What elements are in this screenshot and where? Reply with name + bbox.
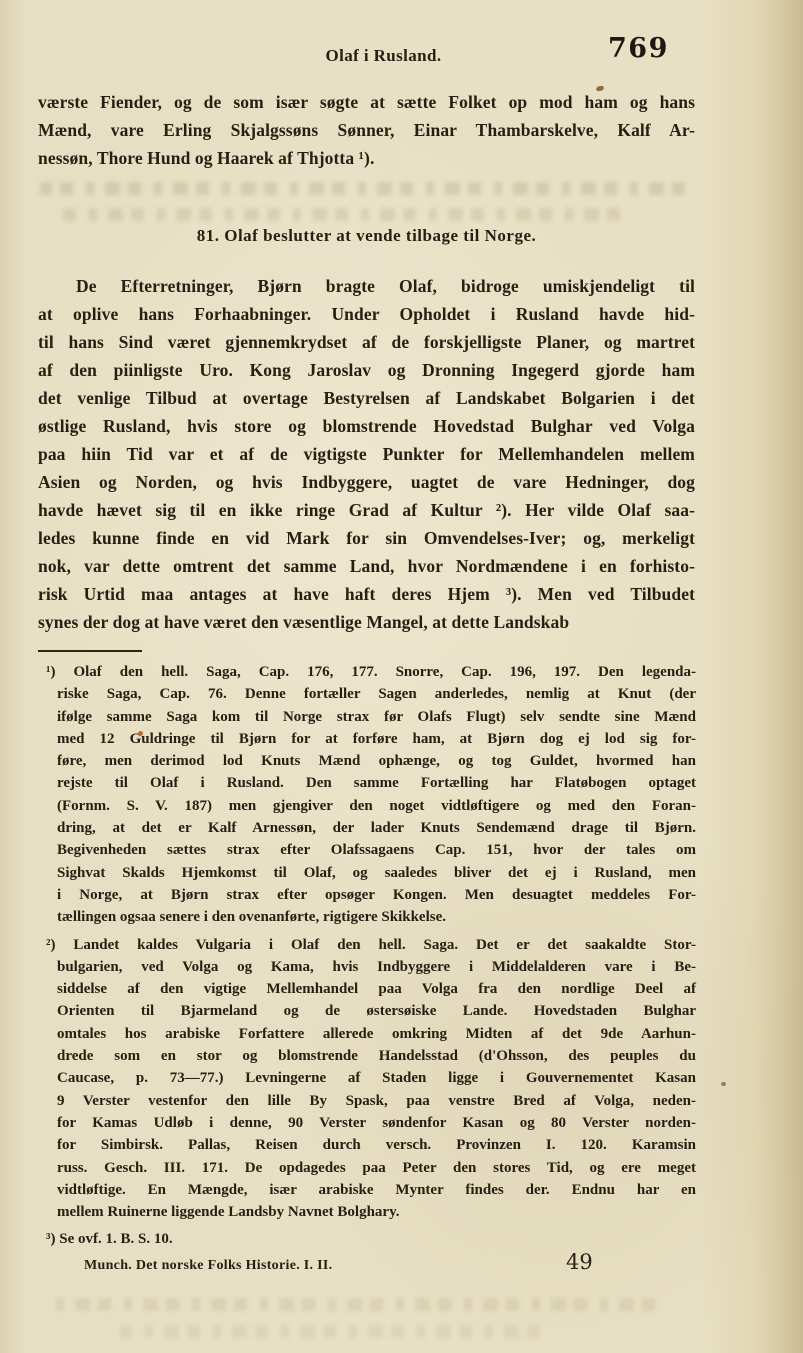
bleedthrough-texture	[120, 1325, 540, 1338]
text-line: tællingen ogsaa senere i den ovenanførte…	[57, 906, 696, 928]
footnote-3: ³) Se ovf. 1. B. S. 10.	[46, 1228, 696, 1250]
text-line: dring, at det er Kalf Arnessøn, der lade…	[57, 817, 696, 839]
footnote-2: ²) Landet kaldes Vulgaria i Olaf den hel…	[46, 934, 696, 1224]
page-number: 769	[608, 33, 669, 64]
text-line: for Simbirsk. Pallas, Reisen durch versc…	[57, 1134, 696, 1156]
text-line: ifølge samme Saga kom til Norge strax fø…	[57, 706, 696, 728]
text-line: vidtløftige. En Mængde, især arabiske My…	[57, 1179, 696, 1201]
text-line: risk Urtid maa antages at have haft dere…	[38, 580, 695, 608]
text-line: paa hiin Tid var et af de vigtigste Punk…	[38, 440, 695, 468]
text-line: synes der dog at have været den væsentli…	[38, 608, 695, 636]
text-line: De Efterretninger, Bjørn bragte Olaf, bi…	[38, 272, 695, 300]
body-paragraph: De Efterretninger, Bjørn bragte Olaf, bi…	[38, 272, 695, 636]
text-line: i Norge, at Bjørn strax efter opsøger Ko…	[57, 884, 696, 906]
text-line: drede som en stor og blomstrende Handels…	[57, 1045, 696, 1067]
text-line: russ. Gesch. III. 171. De opdagedes paa …	[57, 1157, 696, 1179]
continuation-paragraph: værste Fiender, og de som især søgte at …	[38, 88, 695, 172]
text-line: ²) Landet kaldes Vulgaria i Olaf den hel…	[57, 934, 696, 956]
text-line: for Kamas Udløb i denne, 90 Verster sønd…	[57, 1112, 696, 1134]
footnotes: ¹) Olaf den hell. Saga, Cap. 176, 177. S…	[46, 661, 696, 1256]
text-line: rejste til Olaf i Rusland. Den samme For…	[57, 772, 696, 794]
text-line: havde hævet sig til en ikke ringe Grad a…	[38, 496, 695, 524]
text-line: Orienten til Bjarmeland og de østersøisk…	[57, 1000, 696, 1022]
text-line: af den piinligste Uro. Kong Jaroslav og …	[38, 356, 695, 384]
text-line: østlige Rusland, hvis store og blomstren…	[38, 412, 695, 440]
text-line: Asien og Norden, og hvis Indbyggere, uag…	[38, 468, 695, 496]
bleedthrough-texture	[40, 182, 685, 195]
book-page: Olaf i Rusland. 769 værste Fiender, og d…	[0, 0, 803, 1353]
text-line: Caucase, p. 73—77.) Levningerne af Stade…	[57, 1067, 696, 1089]
running-title: Olaf i Rusland.	[38, 46, 695, 66]
sheet-signature-number: 49	[566, 1250, 593, 1274]
text-line: omtales hos arabiske Forfattere allerede…	[57, 1023, 696, 1045]
text-line: værste Fiender, og de som især søgte at …	[38, 88, 695, 116]
text-line: ³) Se ovf. 1. B. S. 10.	[57, 1228, 696, 1250]
text-line: (Fornm. S. V. 187) men gjengiver den nog…	[57, 795, 696, 817]
text-line: føre, men derimod lod Knuts Mænd ophænge…	[57, 750, 696, 772]
text-line: Sighvat Skalds Hjemkomst til Olaf, og sa…	[57, 862, 696, 884]
imprint-line: Munch. Det norske Folks Historie. I. II.	[84, 1258, 332, 1274]
footnote-separator-rule	[38, 650, 142, 652]
text-line: ledes kunne finde en vid Mark for sin Om…	[38, 524, 695, 552]
text-line: ¹) Olaf den hell. Saga, Cap. 176, 177. S…	[57, 661, 696, 683]
text-line: Mænd, vare Erling Skjalgssøns Sønner, Ei…	[38, 116, 695, 144]
paper-speck	[721, 1082, 726, 1086]
text-line: riske Saga, Cap. 76. Denne fortæller Sag…	[57, 683, 696, 705]
bleedthrough-texture	[55, 1298, 655, 1311]
text-line: det venlige Tilbud at overtage Bestyrels…	[38, 384, 695, 412]
text-line: til hans Sind været gjennemkrydset af de…	[38, 328, 695, 356]
text-line: at oplive hans Forhaabninger. Under Opho…	[38, 300, 695, 328]
text-line: bulgarien, ved Volga og Kama, hvis Indby…	[57, 956, 696, 978]
text-line: siddelse af den vigtige Mellemhandel paa…	[57, 978, 696, 1000]
text-line: 9 Verster vestenfor den lille By Spask, …	[57, 1090, 696, 1112]
text-line: nok, var dette omtrent det samme Land, h…	[38, 552, 695, 580]
text-line: Begivenheden sættes strax efter Olafssag…	[57, 839, 696, 861]
text-line: nessøn, Thore Hund og Haarek af Thjotta …	[38, 144, 695, 172]
footnote-1: ¹) Olaf den hell. Saga, Cap. 176, 177. S…	[46, 661, 696, 929]
bleedthrough-texture	[60, 208, 620, 221]
text-line: med 12 Guldringe til Bjørn for at forfør…	[57, 728, 696, 750]
section-heading: 81. Olaf beslutter at vende tilbage til …	[38, 226, 695, 246]
text-line: mellem Ruinerne liggende Landsby Navnet …	[57, 1201, 696, 1223]
